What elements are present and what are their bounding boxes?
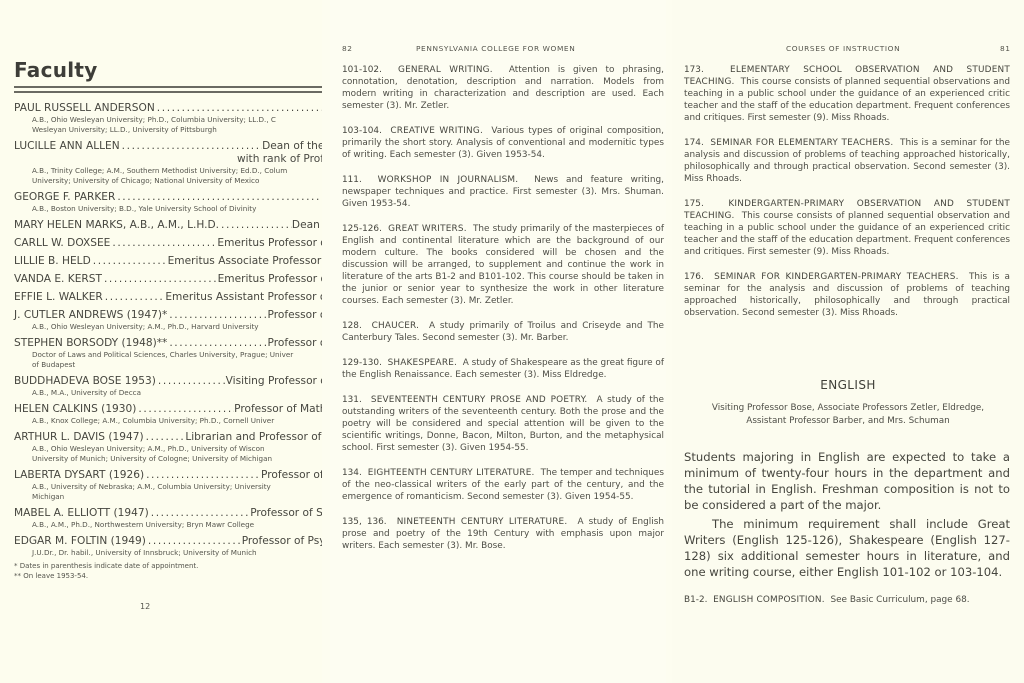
course-entry: 125-126. GREAT WRITERS. The study primar…: [342, 223, 664, 307]
intro-paragraph: Students majoring in English are expecte…: [684, 449, 1010, 513]
running-head: PENNSYLVANIA COLLEGE FOR WOMEN: [416, 44, 575, 53]
course-title: WORKSHOP IN JOURNALISM.: [378, 175, 519, 185]
dot-leader: [219, 218, 292, 232]
faculty-title: Professor of Hist: [268, 308, 322, 322]
faculty-title: Professor of Mathemat: [234, 402, 322, 416]
faculty-degrees: Wesleyan University; LL.D., University o…: [14, 125, 322, 135]
department-faculty-line: Assistant Professor Barber, and Mrs. Sch…: [702, 415, 994, 428]
faculty-degrees: A.B., Ohio Wesleyan University; Ph.D., C…: [14, 115, 322, 125]
faculty-entry: LILLIE B. HELDEmeritus Associate Profess…: [14, 254, 322, 268]
faculty-name: ARTHUR L. DAVIS (1947): [14, 430, 144, 444]
course-number: B1-2.: [684, 595, 707, 605]
faculty-name: CARLL W. DOXSEE: [14, 236, 110, 250]
course-number: 111.: [342, 175, 362, 185]
faculty-name: STEPHEN BORSODY (1948)**: [14, 336, 167, 350]
course-entry: 103-104. CREATIVE WRITING. Various types…: [342, 125, 664, 161]
course-title: EIGHTEENTH CENTURY LITERATURE.: [368, 468, 535, 478]
dot-leader: [110, 236, 217, 250]
course-title: CREATIVE WRITING.: [390, 126, 483, 136]
course-number: 173.: [684, 65, 704, 75]
course-number: 174.: [684, 138, 704, 148]
faculty-entry: EDGAR M. FOLTIN (1949)Professor of Psych…: [14, 534, 322, 558]
dot-leader: [120, 139, 262, 153]
course-title: ENGLISH COMPOSITION.: [713, 595, 825, 605]
faculty-degrees: A.B., A.M., Ph.D., Northwestern Universi…: [14, 520, 322, 530]
faculty-line: PAUL RUSSELL ANDERSONPresid: [14, 101, 322, 115]
department-faculty: Visiting Professor Bose, Associate Profe…: [702, 402, 994, 427]
faculty-line: ARTHUR L. DAVIS (1947)Librarian and Prof…: [14, 430, 322, 444]
course-entry: B1-2. ENGLISH COMPOSITION. See Basic Cur…: [684, 594, 1010, 606]
dot-leader: [144, 430, 186, 444]
faculty-entry: ARTHUR L. DAVIS (1947)Librarian and Prof…: [14, 430, 322, 464]
faculty-name: HELEN CALKINS (1930): [14, 402, 136, 416]
faculty-name: PAUL RUSSELL ANDERSON: [14, 101, 155, 115]
faculty-line: STEPHEN BORSODY (1948)**Professor of His…: [14, 336, 322, 350]
page-title: Faculty: [14, 58, 98, 82]
dot-leader: [136, 402, 234, 416]
faculty-entry: STEPHEN BORSODY (1948)**Professor of His…: [14, 336, 322, 370]
dot-leader: [115, 190, 322, 204]
faculty-line: EDGAR M. FOLTIN (1949)Professor of Psych…: [14, 534, 322, 548]
dot-leader: [155, 101, 322, 115]
faculty-entry: BUDDHADEVA BOSE 1953)Visiting Professor …: [14, 374, 322, 398]
intro-paragraph: The minimum requirement shall include Gr…: [684, 516, 1010, 580]
course-entry: 173. ELEMENTARY SCHOOL OBSERVATION AND S…: [684, 64, 1010, 124]
faculty-entry: EFFIE L. WALKEREmeritus Assistant Profes…: [14, 290, 322, 304]
faculty-line: LILLIE B. HELDEmeritus Associate Profess…: [14, 254, 322, 268]
faculty-name: J. CUTLER ANDREWS (1947)*: [14, 308, 167, 322]
course-entry: 176. SEMINAR FOR KINDERGARTEN-PRIMARY TE…: [684, 271, 1010, 319]
faculty-name: BUDDHADEVA BOSE 1953): [14, 374, 156, 388]
faculty-name: GEORGE F. PARKER: [14, 190, 115, 204]
faculty-name: MABEL A. ELLIOTT (1947): [14, 506, 149, 520]
faculty-name: LUCILLE ANN ALLEN: [14, 139, 120, 153]
course-list: 173. ELEMENTARY SCHOOL OBSERVATION AND S…: [684, 64, 1010, 332]
faculty-entry: GEORGE F. PARKERChaplA.B., Boston Univer…: [14, 190, 322, 214]
course-entry: 128. CHAUCER. A study primarily of Troil…: [342, 320, 664, 344]
faculty-title: Emeritus Assistant Professor of Hist: [165, 290, 322, 304]
course-list: 101-102. GENERAL WRITING. Attention is g…: [342, 64, 664, 565]
course-number: 129-130.: [342, 358, 382, 368]
course-number: 125-126.: [342, 224, 382, 234]
dot-leader: [91, 254, 168, 268]
faculty-title: Emeritus Professor of Eng: [217, 236, 322, 250]
faculty-degrees: Michigan: [14, 492, 322, 502]
faculty-line: LUCILLE ANN ALLENDean of the Colle: [14, 139, 322, 153]
department-heading: ENGLISH: [672, 378, 1024, 392]
faculty-entry: J. CUTLER ANDREWS (1947)*Professor of Hi…: [14, 308, 322, 332]
faculty-line: MABEL A. ELLIOTT (1947)Professor of Soci…: [14, 506, 322, 520]
faculty-name: EFFIE L. WALKER: [14, 290, 103, 304]
faculty-degrees: Doctor of Laws and Political Sciences, C…: [14, 350, 322, 360]
course-title: SEMINAR FOR ELEMENTARY TEACHERS.: [710, 138, 893, 148]
course-description: Attention is given to phrasing, connotat…: [342, 65, 664, 111]
faculty-title: Dean of the Colle: [262, 139, 322, 153]
faculty-line: J. CUTLER ANDREWS (1947)*Professor of Hi…: [14, 308, 322, 322]
course-title: NINETEENTH CENTURY LITERATURE.: [397, 517, 568, 527]
faculty-degrees: A.B., Ohio Wesleyan University; A.M., Ph…: [14, 444, 322, 454]
faculty-entry: PAUL RUSSELL ANDERSONPresidA.B., Ohio We…: [14, 101, 322, 135]
course-number: 128.: [342, 321, 362, 331]
faculty-title-continued: with rank of Profes: [14, 153, 322, 166]
faculty-entry: LUCILLE ANN ALLENDean of the Collewith r…: [14, 139, 322, 186]
faculty-line: EFFIE L. WALKEREmeritus Assistant Profes…: [14, 290, 322, 304]
title-double-rule: [14, 86, 322, 93]
faculty-page: Faculty PAUL RUSSELL ANDERSONPresidA.B.,…: [0, 0, 322, 683]
department-faculty-line: Visiting Professor Bose, Associate Profe…: [702, 402, 994, 415]
faculty-degrees: University; University of Chicago; Natio…: [14, 176, 322, 186]
course-page-82: 82 PENNSYLVANIA COLLEGE FOR WOMEN 101-10…: [330, 0, 666, 683]
course-entry: 135, 136. NINETEENTH CENTURY LITERATURE.…: [342, 516, 664, 552]
page-number: 82: [342, 44, 353, 53]
faculty-degrees: A.B., Boston University; B.D., Yale Univ…: [14, 204, 322, 214]
faculty-line: GEORGE F. PARKERChapl: [14, 190, 322, 204]
faculty-line: LABERTA DYSART (1926)Professor of Histo: [14, 468, 322, 482]
faculty-entry: HELEN CALKINS (1930)Professor of Mathema…: [14, 402, 322, 426]
course-entry: 129-130. SHAKESPEARE. A study of Shakesp…: [342, 357, 664, 381]
faculty-name: LABERTA DYSART (1926): [14, 468, 144, 482]
course-entry: 111. WORKSHOP IN JOURNALISM. News and fe…: [342, 174, 664, 210]
faculty-title: Professor of Histo: [261, 468, 322, 482]
faculty-list: PAUL RUSSELL ANDERSONPresidA.B., Ohio We…: [14, 101, 322, 581]
faculty-entry: LABERTA DYSART (1926)Professor of HistoA…: [14, 468, 322, 502]
course-description: The study primarily of the masterpieces …: [342, 224, 664, 306]
faculty-line: HELEN CALKINS (1930)Professor of Mathema…: [14, 402, 322, 416]
course-number: 103-104.: [342, 126, 382, 136]
faculty-title: Professor of Psycholo: [242, 534, 322, 548]
faculty-title: Librarian and Professor of Germ: [185, 430, 322, 444]
dot-leader: [156, 374, 226, 388]
running-head: COURSES OF INSTRUCTION: [786, 44, 900, 53]
faculty-line: MARY HELEN MARKS, A.B., A.M., L.H.D.Dean…: [14, 218, 322, 232]
faculty-title: Emeritus Associate Professor of Mu: [168, 254, 322, 268]
faculty-name: LILLIE B. HELD: [14, 254, 91, 268]
faculty-title: Emeritus Professor of Spe: [218, 272, 322, 286]
faculty-degrees: A.B., Trinity College; A.M., Southern Me…: [14, 166, 322, 176]
faculty-entry: MABEL A. ELLIOTT (1947)Professor of Soci…: [14, 506, 322, 530]
faculty-line: BUDDHADEVA BOSE 1953)Visiting Professor …: [14, 374, 322, 388]
course-entry: 175. KINDERGARTEN-PRIMARY OBSERVATION AN…: [684, 198, 1010, 258]
course-title: SEMINAR FOR KINDERGARTEN-PRIMARY TEACHER…: [714, 272, 959, 282]
faculty-line: CARLL W. DOXSEEEmeritus Professor of Eng: [14, 236, 322, 250]
page-number: 81: [1000, 44, 1011, 53]
faculty-title: Dean Emeri: [292, 218, 322, 232]
course-title: GREAT WRITERS.: [388, 224, 467, 234]
faculty-degrees: University of Munich; University of Colo…: [14, 454, 322, 464]
faculty-degrees: A.B., M.A., University of Decca: [14, 388, 322, 398]
dot-leader: [102, 272, 218, 286]
course-entry: 101-102. GENERAL WRITING. Attention is g…: [342, 64, 664, 112]
faculty-entry: CARLL W. DOXSEEEmeritus Professor of Eng: [14, 236, 322, 250]
dot-leader: [103, 290, 166, 304]
faculty-title: Professor of Sociolo: [250, 506, 322, 520]
course-number: 175.: [684, 199, 704, 209]
course-number: 131.: [342, 395, 362, 405]
dot-leader: [146, 534, 242, 548]
faculty-name: EDGAR M. FOLTIN (1949): [14, 534, 146, 548]
department-intro: Students majoring in English are expecte…: [684, 449, 1010, 580]
course-entry: 134. EIGHTEENTH CENTURY LITERATURE. The …: [342, 467, 664, 503]
footnotes: * Dates in parenthesis indicate date of …: [14, 562, 322, 581]
dot-leader: [144, 468, 261, 482]
course-title: SHAKESPEARE.: [388, 358, 457, 368]
course-title: SEVENTEENTH CENTURY PROSE AND POETRY.: [371, 395, 588, 405]
faculty-entry: MARY HELEN MARKS, A.B., A.M., L.H.D.Dean…: [14, 218, 322, 232]
faculty-degrees: of Budapest: [14, 360, 322, 370]
faculty-degrees: A.B., Ohio Wesleyan University; A.M., Ph…: [14, 322, 322, 332]
faculty-degrees: A.B., University of Nebraska; A.M., Colu…: [14, 482, 322, 492]
faculty-line: VANDA E. KERSTEmeritus Professor of Spe: [14, 272, 322, 286]
footnote: * Dates in parenthesis indicate date of …: [14, 562, 322, 572]
faculty-title: Visiting Professor of Eng: [226, 374, 322, 388]
page-number: 12: [140, 602, 150, 611]
dot-leader: [149, 506, 251, 520]
course-page-81: COURSES OF INSTRUCTION 81 173. ELEMENTAR…: [672, 0, 1024, 683]
course-number: 176.: [684, 272, 704, 282]
course-title: CHAUCER.: [372, 321, 420, 331]
dot-leader: [167, 336, 267, 350]
dot-leader: [167, 308, 267, 322]
footnote: ** On leave 1953-54.: [14, 572, 322, 582]
faculty-degrees: J.U.Dr., Dr. habil., University of Innsb…: [14, 548, 322, 558]
faculty-title: Professor of Hist: [268, 336, 322, 350]
course-number: 135, 136.: [342, 517, 387, 527]
faculty-name: MARY HELEN MARKS, A.B., A.M., L.H.D.: [14, 218, 219, 232]
course-number: 101-102.: [342, 65, 382, 75]
course-entry: 131. SEVENTEENTH CENTURY PROSE AND POETR…: [342, 394, 664, 454]
course-number: 134.: [342, 468, 362, 478]
faculty-entry: VANDA E. KERSTEmeritus Professor of Spe: [14, 272, 322, 286]
faculty-name: VANDA E. KERST: [14, 272, 102, 286]
faculty-degrees: A.B., Knox College; A.M., Columbia Unive…: [14, 416, 322, 426]
course-description: See Basic Curriculum, page 68.: [830, 595, 969, 605]
course-title: GENERAL WRITING.: [398, 65, 493, 75]
course-entry: 174. SEMINAR FOR ELEMENTARY TEACHERS. Th…: [684, 137, 1010, 185]
